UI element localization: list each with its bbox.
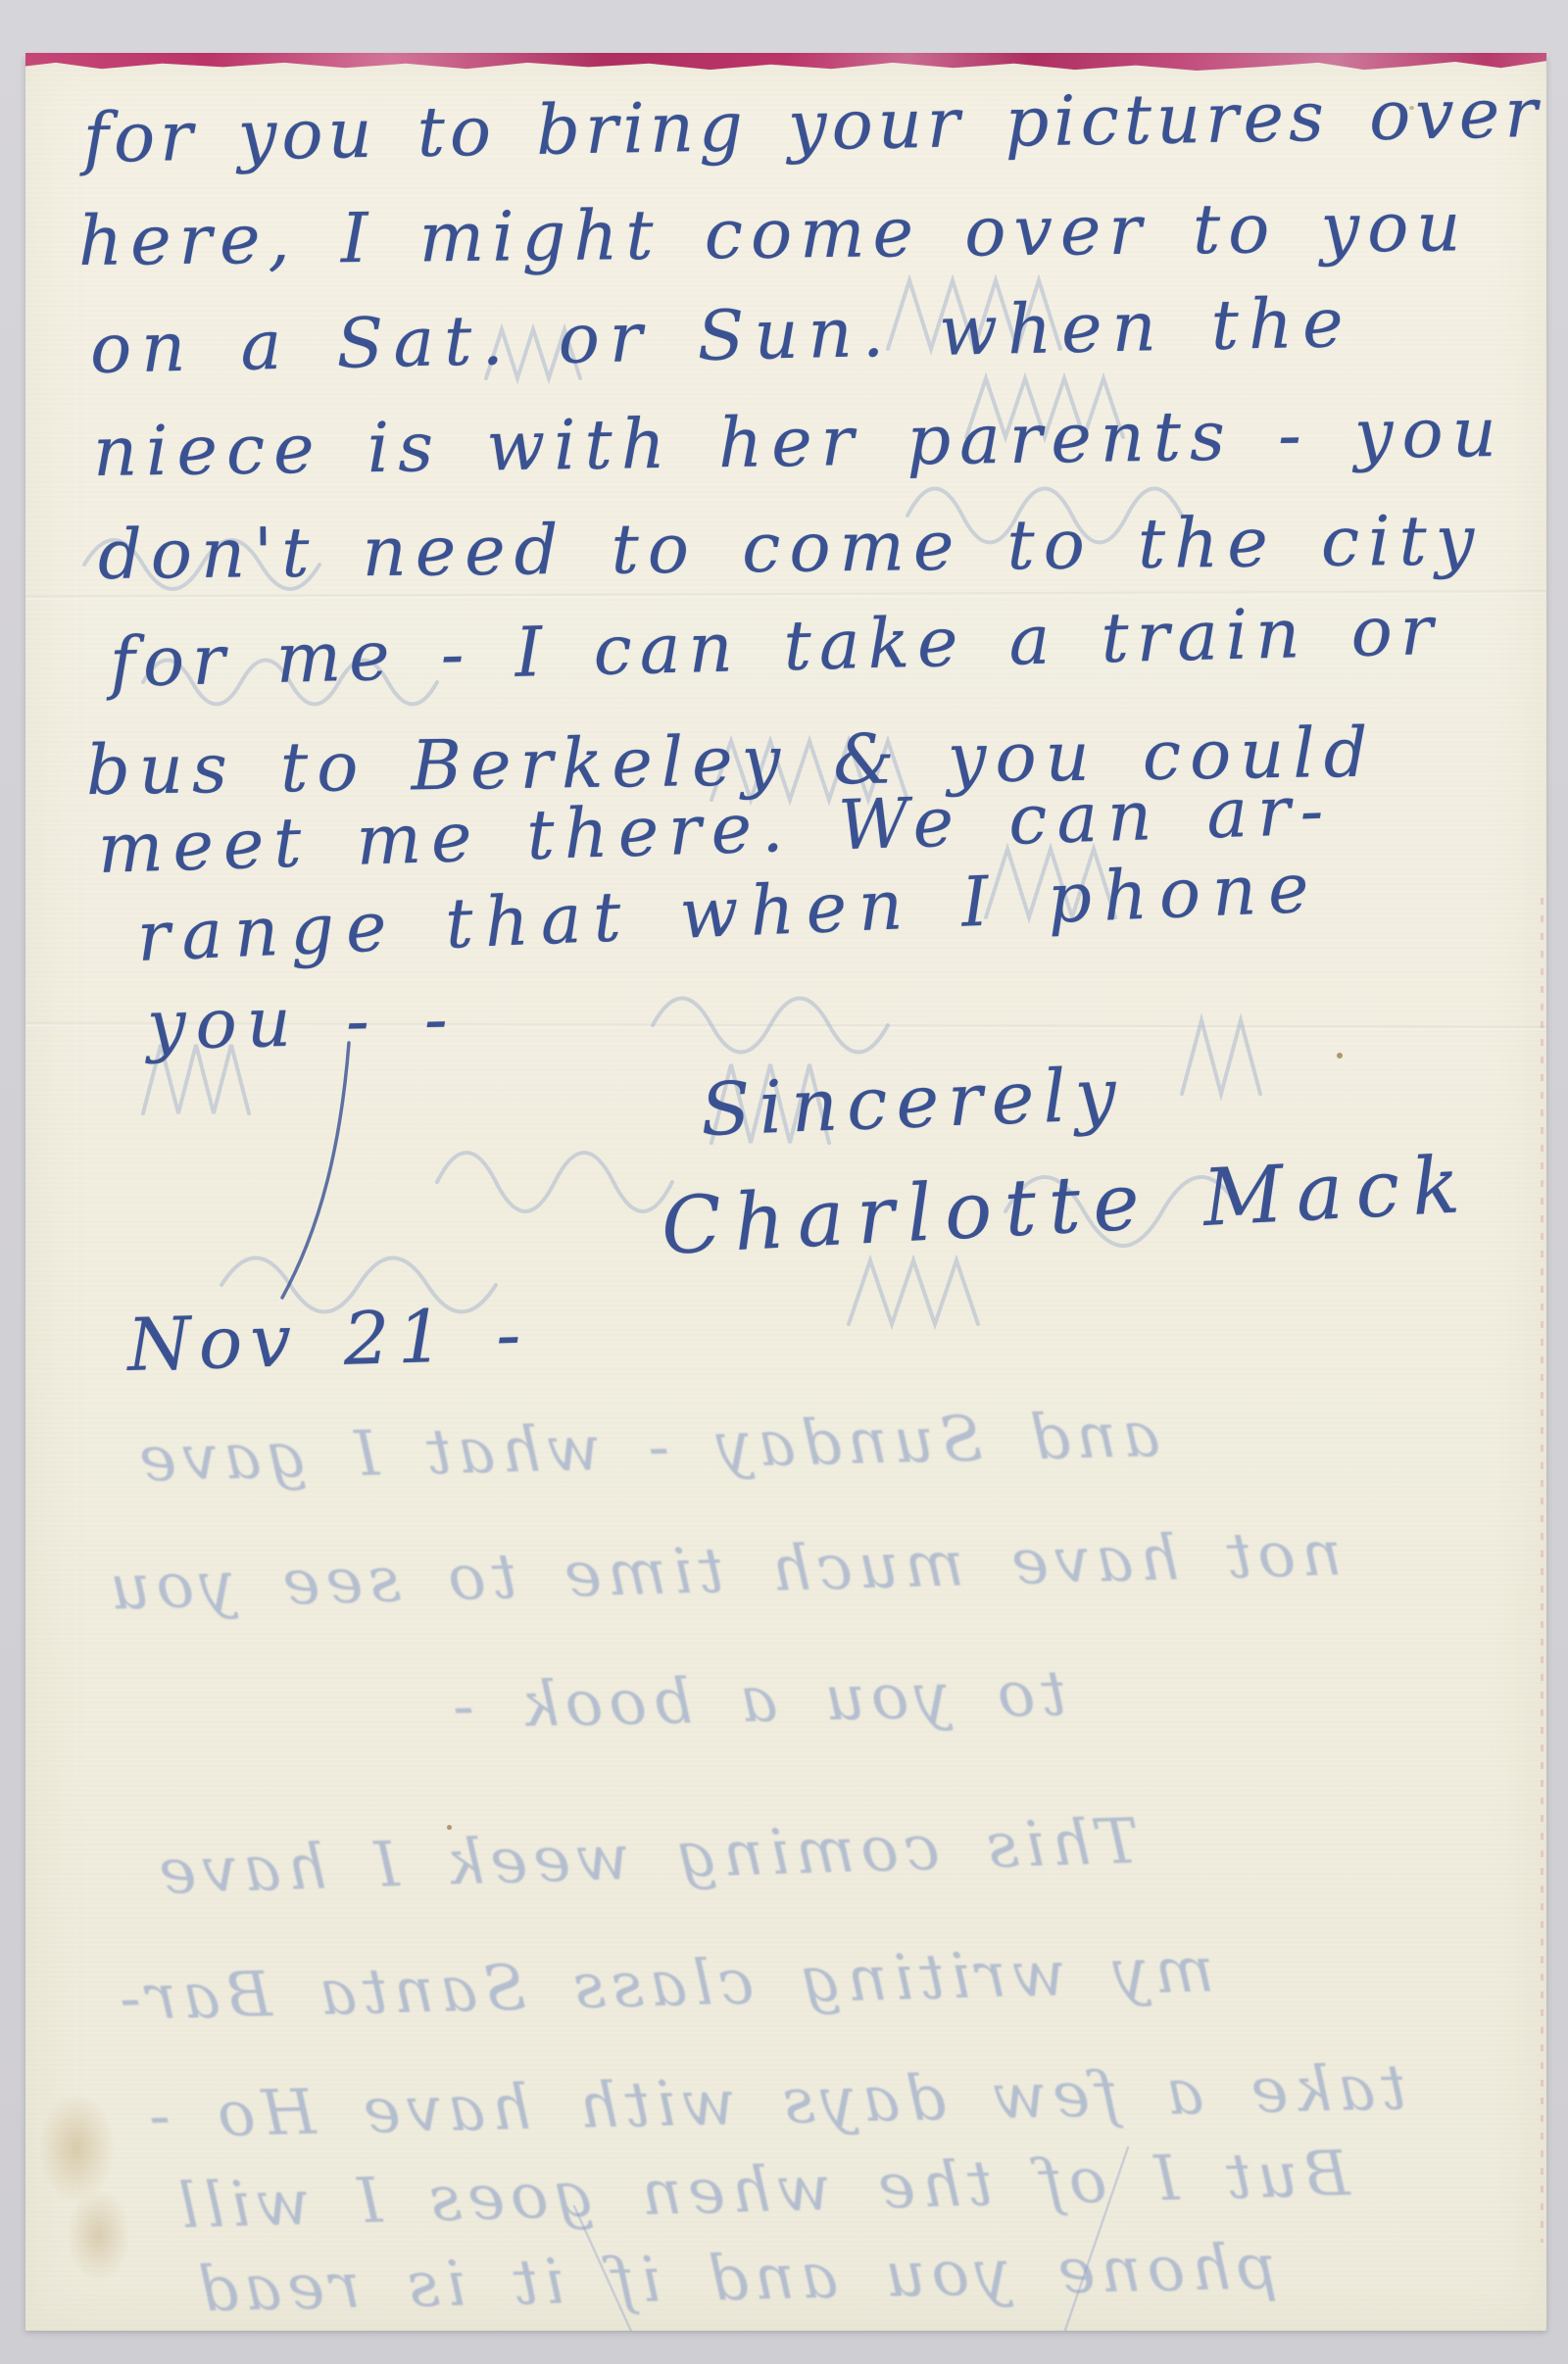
pen-flourish <box>25 55 1546 2331</box>
letter-page: and Sunday - what I gave not have much t… <box>25 55 1546 2331</box>
